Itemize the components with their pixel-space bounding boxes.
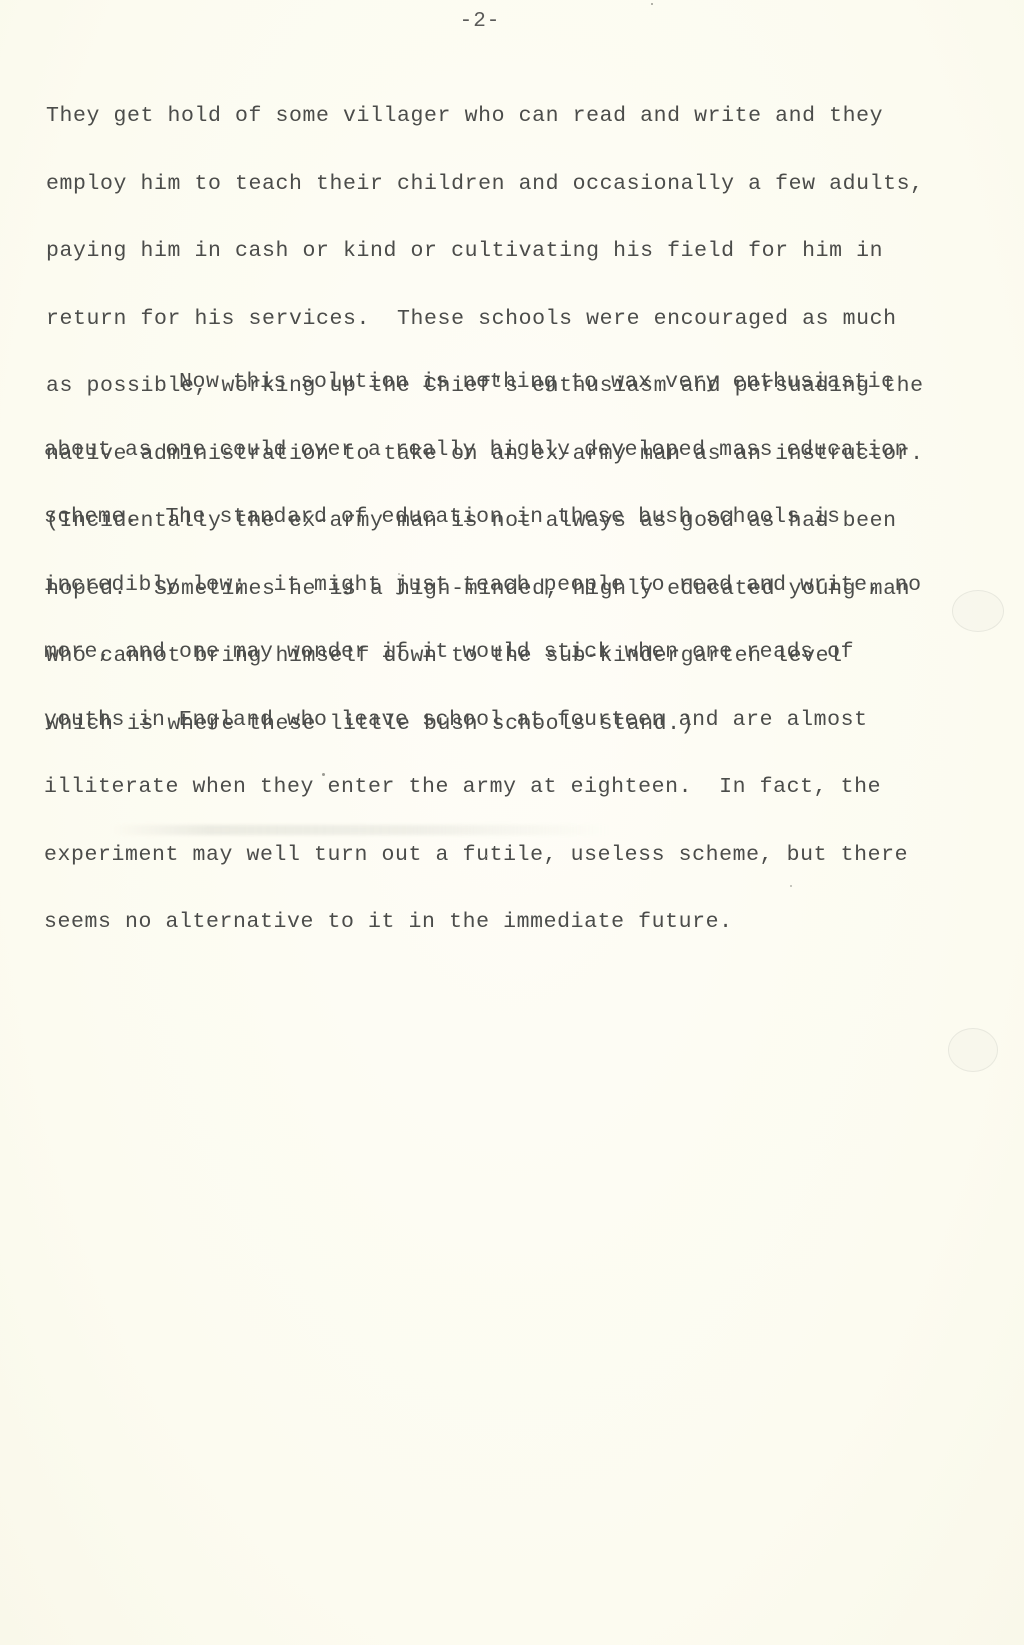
paper-speck	[322, 773, 325, 776]
paragraph-2: Now this solution is nothing to wax very…	[44, 326, 922, 979]
text-line: about as one could over a really highly …	[44, 439, 922, 462]
paper-speck	[790, 885, 792, 887]
paper-stain	[952, 590, 1004, 632]
paper-smudge	[110, 825, 610, 835]
text-line: illiterate when they enter the army at e…	[44, 776, 922, 799]
text-line: They get hold of some villager who can r…	[46, 105, 924, 128]
text-line: scheme. The standard of education in the…	[44, 506, 922, 529]
text-line: Now this solution is nothing to wax very…	[44, 371, 922, 394]
text-line: more, and one may wonder if it would sti…	[44, 641, 922, 664]
text-line: employ him to teach their children and o…	[46, 173, 924, 196]
document-page: -2- They get hold of some villager who c…	[0, 0, 1024, 1645]
page-number: -2-	[0, 10, 960, 33]
text-line: incredibly low; it might just teach peop…	[44, 574, 922, 597]
text-line: paying him in cash or kind or cultivatin…	[46, 240, 924, 263]
text-line: experiment may well turn out a futile, u…	[44, 844, 922, 867]
text-line: youths in England who leave school at fo…	[44, 709, 922, 732]
paper-speck	[398, 573, 400, 575]
text-line: seems no alternative to it in the immedi…	[44, 911, 922, 934]
paper-speck	[651, 3, 653, 5]
paper-speck	[486, 855, 488, 857]
paper-stain	[948, 1028, 998, 1072]
